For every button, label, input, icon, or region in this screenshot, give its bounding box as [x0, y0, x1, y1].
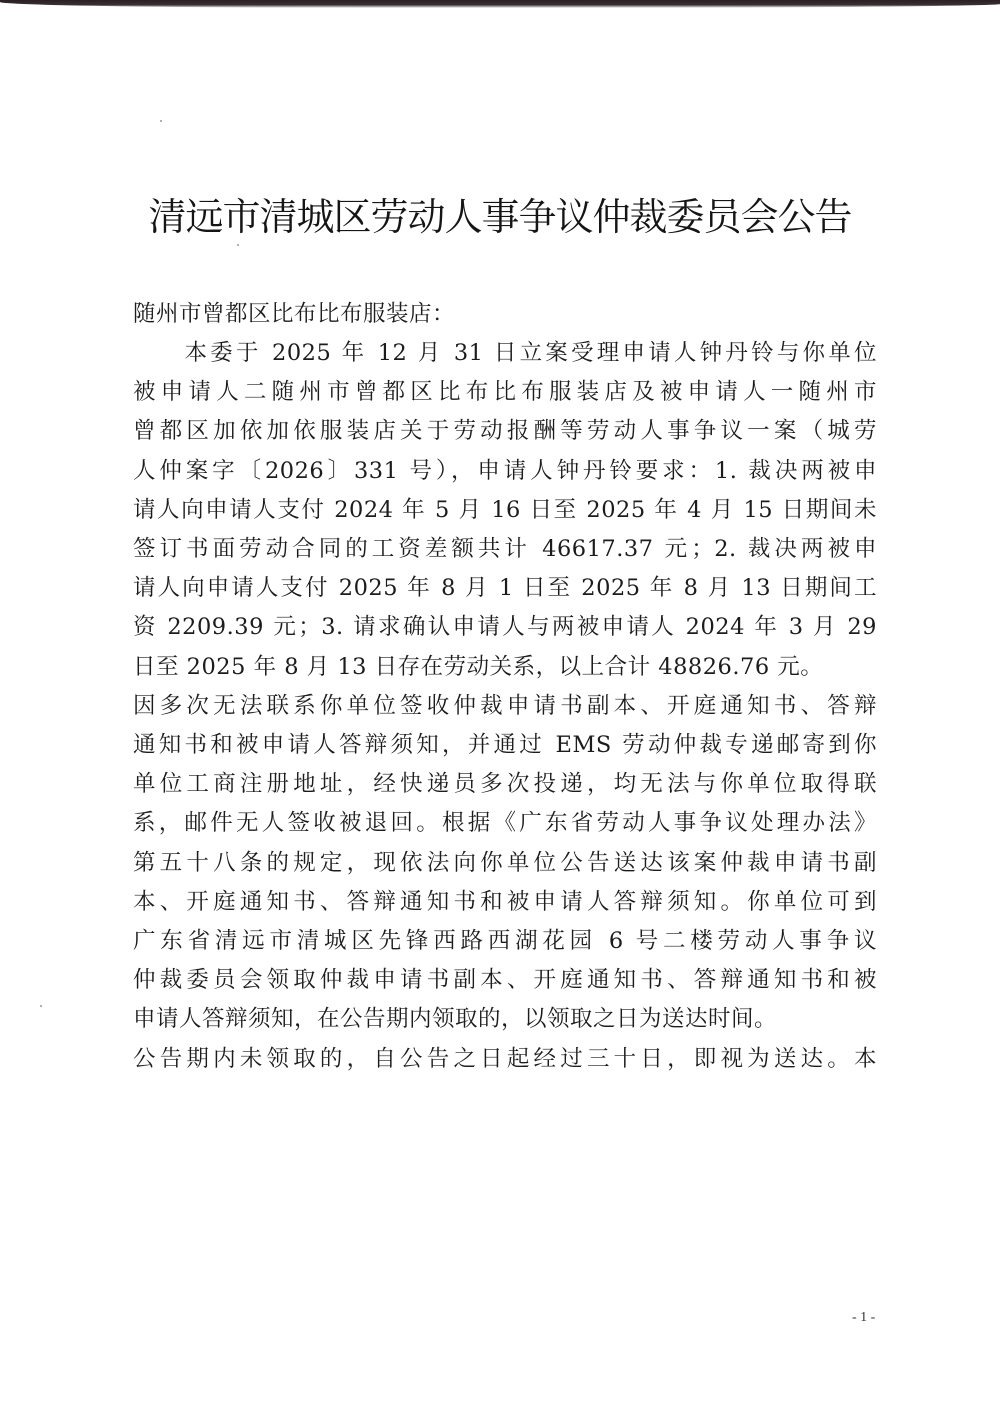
body-line: 仲裁委员会领取仲裁申请书副本、开庭通知书、答辩通知书和被	[133, 962, 877, 994]
page-number: - 1 -	[852, 1310, 875, 1326]
body-line: 本、开庭通知书、答辩通知书和被申请人答辩须知。你单位可到	[133, 884, 877, 916]
scan-speck	[237, 244, 239, 246]
body-line: 通知书和被申请人答辩须知，并通过 EMS 劳动仲裁专递邮寄到你	[133, 727, 877, 759]
scan-top-edge	[0, 0, 1000, 8]
body-line: 第五十八条的规定，现依法向你单位公告送达该案仲裁申请书副	[133, 845, 877, 877]
addressee: 随州市曾都区比布比布服装店：	[133, 296, 877, 328]
body-line: 系，邮件无人签收被退回。根据《广东省劳动人事争议处理办法》	[133, 805, 877, 837]
body-line: 人仲案字〔2026〕331 号），申请人钟丹铃要求：1. 裁决两被申	[133, 453, 877, 485]
body-line: 日至 2025 年 8 月 13 日存在劳动关系，以上合计 48826.76 元…	[133, 649, 877, 681]
page-title: 清远市清城区劳动人事争议仲裁委员会公告	[0, 186, 1000, 241]
body-line: 曾都区加依加依服装店关于劳动报酬等劳动人事争议一案（城劳	[133, 413, 877, 445]
scan-speck	[160, 120, 162, 122]
body-line: 单位工商注册地址，经快递员多次投递，均无法与你单位取得联	[133, 766, 877, 798]
body-line: 因多次无法联系你单位签收仲裁申请书副本、开庭通知书、答辩	[133, 688, 877, 720]
body-line: 签订书面劳动合同的工资差额共计 46617.37 元；2. 裁决两被申	[133, 531, 877, 563]
body-line: 请人向申请人支付 2025 年 8 月 1 日至 2025 年 8 月 13 日…	[133, 570, 877, 602]
body-line: 被申请人二随州市曾都区比布比布服装店及被申请人一随州市	[133, 374, 877, 406]
body-line: 请人向申请人支付 2024 年 5 月 16 日至 2025 年 4 月 15 …	[133, 492, 877, 524]
body-line: 申请人答辩须知，在公告期内领取的，以领取之日为送达时间。	[133, 1001, 877, 1033]
body-line: 广东省清远市清城区先锋西路西湖花园 6 号二楼劳动人事争议	[133, 923, 877, 955]
body-line: 资 2209.39 元；3. 请求确认申请人与两被申请人 2024 年 3 月 …	[133, 609, 877, 641]
body-line: 公告期内未领取的，自公告之日起经过三十日，即视为送达。本	[133, 1041, 877, 1073]
body-line: 本委于 2025 年 12 月 31 日立案受理申请人钟丹铃与你单位	[133, 335, 877, 367]
scan-speck	[40, 1005, 42, 1007]
